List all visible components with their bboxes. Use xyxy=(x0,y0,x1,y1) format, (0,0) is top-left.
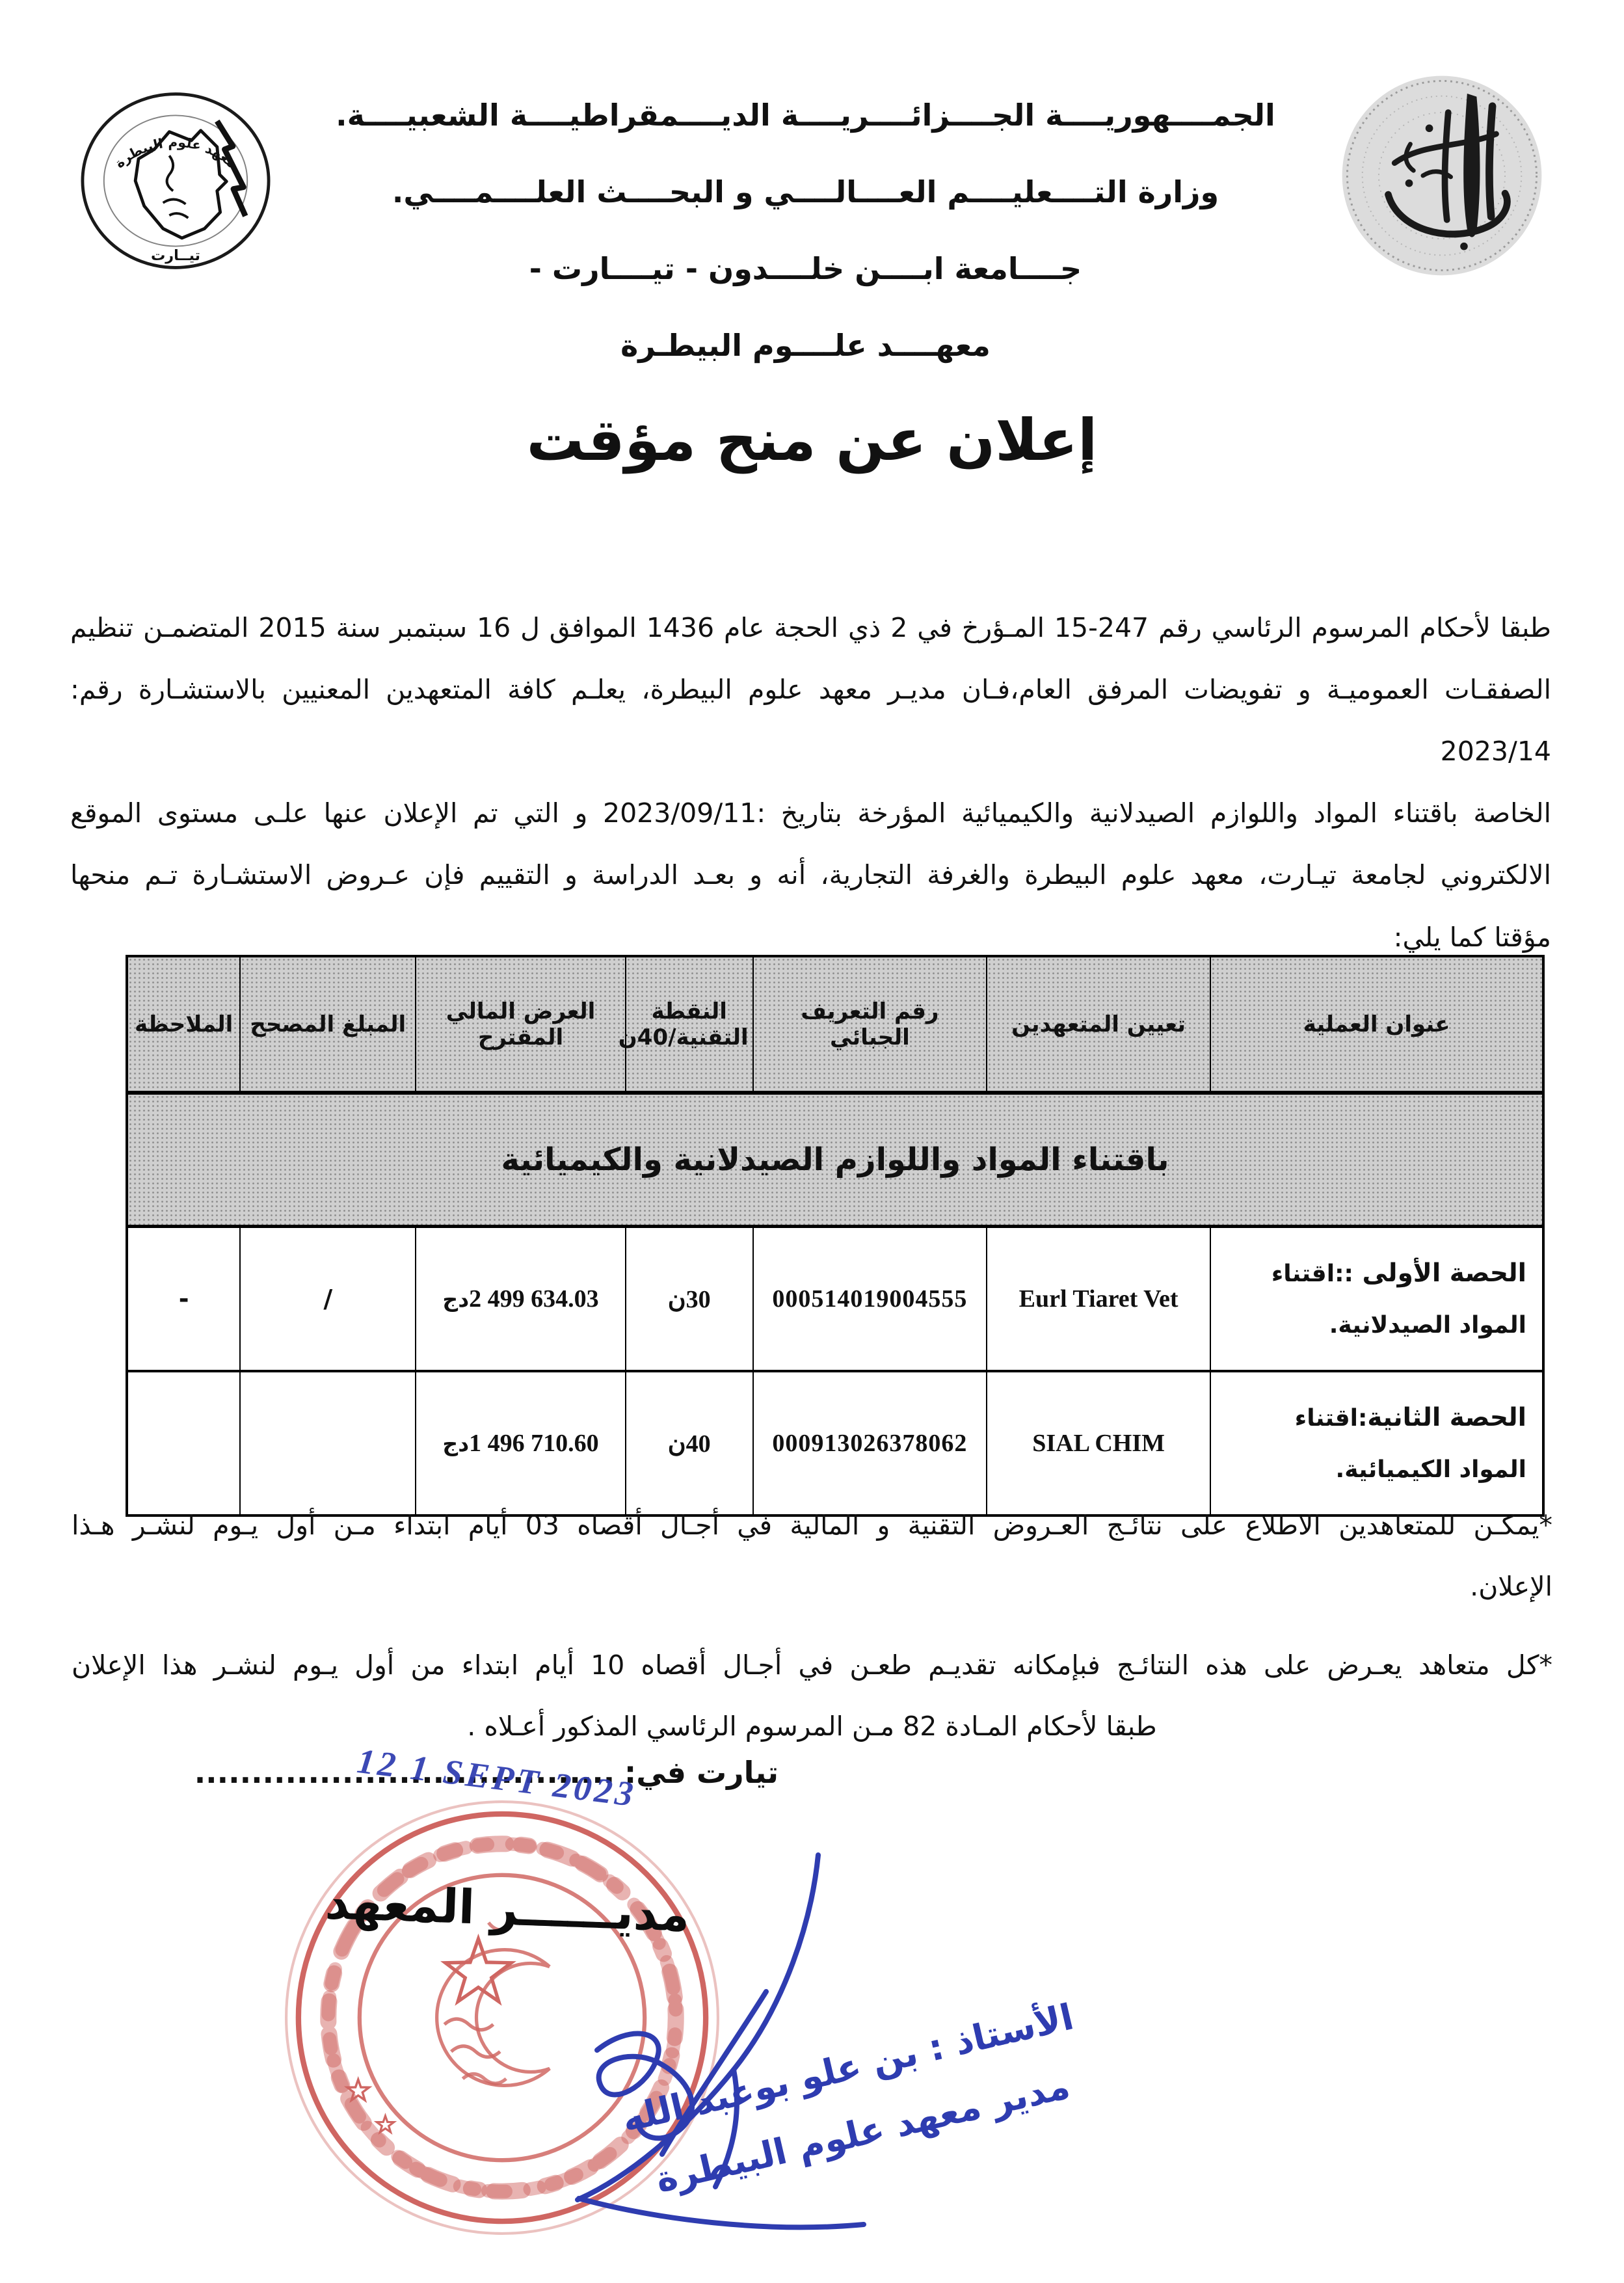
table-header-row: عنوان العملية تعيين المتعهدين رقم التعري… xyxy=(127,956,1543,1093)
scanned-announcement-document: { "document": { "header": { "lines": [ "… xyxy=(0,0,1624,2283)
veterinary-institute-seal-icon: معهد علوم البيطرة تيــارت xyxy=(75,87,276,275)
table-section-row: باقتناء المواد واللوازم الصيدلانية والكي… xyxy=(127,1093,1543,1227)
cell-operation-title: الحصة الأولى ::اقتناء المواد الصيدلانية. xyxy=(1210,1227,1543,1372)
offer-currency: دج xyxy=(442,1431,469,1456)
lot-label: الحصة الثانية xyxy=(1367,1403,1526,1432)
ibn-khaldoun-university-calligraphy-seal-icon xyxy=(1335,68,1549,283)
provisional-award-results-table: عنوان العملية تعيين المتعهدين رقم التعري… xyxy=(126,955,1545,1517)
intro-line: طبقا لأحكام المرسوم الرئاسي رقم 247-15 ا… xyxy=(70,597,1551,659)
intro-line: الخاصة باقتناء المواد واللوازم الصيدلاني… xyxy=(70,782,1551,844)
note-appeal-period: *كل متعاهد يعـرض على هذه النتائـج فبإمكا… xyxy=(72,1635,1552,1757)
intro-paragraph: طبقا لأحكام المرسوم الرئاسي رقم 247-15 ا… xyxy=(70,597,1551,968)
intro-line: الصفقـات العموميـة و تفويضات المرفق العا… xyxy=(70,659,1551,782)
cell-financial-offer: 2 499 634.03دج xyxy=(416,1227,625,1372)
cell-operation-title: الحصة الثانية:اقتناء المواد الكيميائية. xyxy=(1210,1371,1543,1515)
date-line-label: تيارت في: xyxy=(624,1755,779,1790)
cell-contractor: Eurl Tiaret Vet xyxy=(987,1227,1210,1372)
note-line: *يمكـن للمتعاهدين الاطلاع على نتائـج الع… xyxy=(72,1495,1552,1556)
col-header-corrected-amount: المبلغ المصحح xyxy=(240,956,416,1093)
cell-technical-score: 40ن xyxy=(626,1371,753,1515)
footer-notes: *يمكـن للمتعاهدين الاطلاع على نتائـج الع… xyxy=(72,1495,1552,1757)
cell-note xyxy=(127,1371,240,1515)
header-line-university: جــــامعة ابــــن خلــــدون - تيــــارت … xyxy=(276,251,1335,286)
lot-label: الحصة الأولى xyxy=(1353,1259,1526,1288)
cell-technical-score: 30ن xyxy=(626,1227,753,1372)
note-line: طبقا لأحكام المـادة 82 مـن المرسوم الرئا… xyxy=(72,1696,1552,1757)
col-header-note: الملاحظة xyxy=(127,956,240,1093)
cell-tax-id: 000913026378062 xyxy=(753,1371,987,1515)
note-consultation-results: *يمكـن للمتعاهدين الاطلاع على نتائـج الع… xyxy=(72,1495,1552,1618)
col-header-financial-offer: العرض المالي المقترح xyxy=(416,956,625,1093)
col-header-operation-title: عنوان العملية xyxy=(1210,956,1543,1093)
cell-corrected-amount: / xyxy=(240,1227,416,1372)
header-line-republic: الجمــــهوريــــة الجــــزائــــريــــة … xyxy=(276,98,1335,133)
cell-note: - xyxy=(127,1227,240,1372)
table-row: الحصة الثانية:اقتناء المواد الكيميائية. … xyxy=(127,1371,1543,1515)
cell-financial-offer: 1 496 710.60دج xyxy=(416,1371,625,1515)
col-header-contractor: تعيين المتعهدين xyxy=(987,956,1210,1093)
seal-bottom-text: تيــارت xyxy=(151,247,200,264)
note-line: الإعلان. xyxy=(72,1556,1552,1617)
cell-contractor: SIAL CHIM xyxy=(987,1371,1210,1515)
cell-corrected-amount xyxy=(240,1371,416,1515)
col-header-tax-id: رقم التعريف الجبائي xyxy=(753,956,987,1093)
note-line: *كل متعاهد يعـرض على هذه النتائـج فبإمكا… xyxy=(72,1635,1552,1696)
intro-line: الالكتروني لجامعة تيـارت، معهد علوم البي… xyxy=(70,844,1551,906)
cell-tax-id: 000514019004555 xyxy=(753,1227,987,1372)
header-line-ministry: وزارة التــــعليــــم العــــالــــي و ا… xyxy=(276,174,1335,209)
government-header-lines: الجمــــهوريــــة الجــــزائــــريــــة … xyxy=(276,68,1335,405)
offer-amount: 1 496 710.60 xyxy=(469,1430,599,1457)
col-header-technical-score: النقطة التقنية/40ن xyxy=(626,956,753,1093)
offer-currency: دج xyxy=(442,1287,469,1312)
table-row: الحصة الأولى ::اقتناء المواد الصيدلانية.… xyxy=(127,1227,1543,1372)
section-row-label: باقتناء المواد واللوازم الصيدلانية والكي… xyxy=(127,1093,1543,1227)
document-header: الجمــــهوريــــة الجــــزائــــريــــة … xyxy=(75,68,1549,405)
offer-amount: 2 499 634.03 xyxy=(469,1285,599,1313)
header-line-institute: معهــــد علــــوم البيطـرة xyxy=(276,328,1335,363)
announcement-title: إعلان عن منح مؤقت xyxy=(0,407,1624,474)
